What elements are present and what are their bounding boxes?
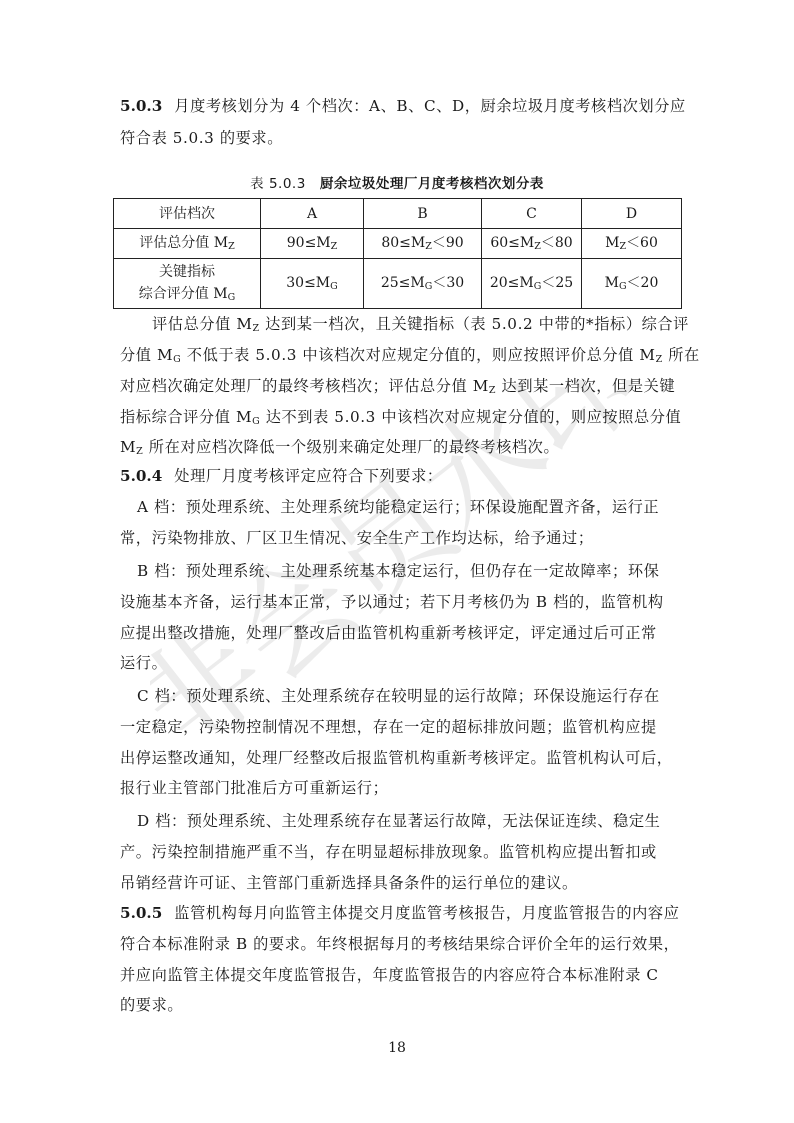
header-cell: D: [582, 199, 682, 229]
table-cell: MG＜20: [582, 259, 682, 309]
table-cell: 90≤MZ: [261, 229, 364, 259]
header-cell: 评估档次: [114, 199, 261, 229]
header-cell: B: [364, 199, 482, 229]
table-caption: 表 5.0.3厨余垃圾处理厂月度考核档次划分表: [0, 172, 794, 192]
paragraph-line: 对应档次确定处理厂的最终考核档次；评估总分值 MZ 达到某一档次，但是关键: [120, 376, 675, 399]
paragraph-line: MZ 所在对应档次降低一个级别来确定处理厂的最终考核档次。: [120, 437, 675, 460]
row-label: 评估总分值 MZ: [114, 229, 261, 259]
paragraph-line: 评估总分值 MZ 达到某一档次，且关键指标（表 5.0.2 中带的*指标）综合评: [152, 314, 675, 337]
table-cell: 30≤MG: [261, 259, 364, 309]
table-cell: 20≤MG＜25: [482, 259, 582, 309]
table-number: 表 5.0.3: [250, 176, 306, 192]
table-cell: 25≤MG＜30: [364, 259, 482, 309]
clause-number: 5.0.4: [120, 467, 162, 485]
table-header-row: 评估档次 A B C D: [114, 199, 682, 229]
clause-503-line-2: 符合表 5.0.3 的要求。: [120, 128, 675, 148]
paragraph-line: 指标综合评分值 MG 达不到表 5.0.3 中该档次对应规定分值的，则应按照总分…: [120, 407, 675, 430]
clause-504-heading: 5.0.4处理厂月度考核评定应符合下列要求：: [120, 466, 675, 486]
grade-d-line: D 档：预处理系统、主处理系统存在显著运行故障，无法保证连续、稳定生: [137, 811, 675, 831]
grade-a-line: 常，污染物排放、厂区卫生情况、安全生产工作均达标，给予通过；: [120, 528, 675, 548]
grade-c-line: C 档：预处理系统、主处理系统存在较明显的运行故障；环保设施运行存在: [137, 686, 675, 706]
clause-503-line-1: 5.0.3月度考核划分为 4 个档次：A、B、C、D，厨余垃圾月度考核档次划分应: [120, 96, 675, 116]
table-title: 厨余垃圾处理厂月度考核档次划分表: [320, 176, 544, 192]
watermark-text: 非会员水印: [150, 380, 650, 730]
table-cell: MZ＜60: [582, 229, 682, 259]
grade-b-line: 运行。: [120, 653, 675, 673]
table-cell: 80≤MZ＜90: [364, 229, 482, 259]
grade-c-line: 报行业主管部门批准后方可重新运行；: [120, 778, 675, 798]
page-number: 18: [0, 1040, 794, 1056]
header-cell: C: [482, 199, 582, 229]
row-label: 关键指标综合评分值 MG: [114, 259, 261, 309]
grade-table: 评估档次 A B C D 评估总分值 MZ 90≤MZ 80≤MZ＜90 60≤…: [113, 198, 682, 309]
grade-c-line: 一定稳定，污染物控制情况不理想，存在一定的超标排放问题；监管机构应提: [120, 717, 675, 737]
grade-c-line: 出停运整改通知，处理厂经整改后报监管机构重新考核评定。监管机构认可后，: [120, 748, 675, 768]
grade-b-line: B 档：预处理系统、主处理系统基本稳定运行，但仍存在一定故障率；环保: [137, 561, 675, 581]
grade-a-line: A 档：预处理系统、主处理系统均能稳定运行；环保设施配置齐备，运行正: [137, 497, 675, 517]
clause-number: 5.0.5: [120, 904, 162, 922]
table-row: 关键指标综合评分值 MG 30≤MG 25≤MG＜30 20≤MG＜25 MG＜…: [114, 259, 682, 309]
grade-d-line: 产。污染控制措施严重不当，存在明显超标排放现象。监管机构应提出暂扣或: [120, 842, 675, 862]
table-cell: 60≤MZ＜80: [482, 229, 582, 259]
header-cell: A: [261, 199, 364, 229]
table-row: 评估总分值 MZ 90≤MZ 80≤MZ＜90 60≤MZ＜80 MZ＜60: [114, 229, 682, 259]
clause-505-line: 符合本标准附录 B 的要求。年终根据每月的考核结果综合评价全年的运行效果，: [120, 934, 675, 954]
grade-b-line: 设施基本齐备，运行基本正常，予以通过；若下月考核仍为 B 档的，监管机构: [120, 592, 675, 612]
paragraph-line: 分值 MG 不低于表 5.0.3 中该档次对应规定分值的，则应按照评价总分值 M…: [120, 345, 675, 368]
grade-b-line: 应提出整改措施，处理厂整改后由监管机构重新考核评定，评定通过后可正常: [120, 623, 675, 643]
clause-505-line: 的要求。: [120, 995, 675, 1015]
clause-505-line-1: 5.0.5监管机构每月向监管主体提交月度监管考核报告，月度监管报告的内容应: [120, 903, 675, 923]
clause-505-line: 并应向监管主体提交年度监管报告，年度监管报告的内容应符合本标准附录 C: [120, 965, 675, 985]
watermark: 非会员水印: [150, 380, 650, 730]
document-page: 非会员水印 5.0.3月度考核划分为 4 个档次：A、B、C、D，厨余垃圾月度考…: [0, 0, 794, 1123]
grade-d-line: 吊销经营许可证、主管部门重新选择具备条件的运行单位的建议。: [120, 873, 675, 893]
clause-number: 5.0.3: [120, 97, 162, 115]
